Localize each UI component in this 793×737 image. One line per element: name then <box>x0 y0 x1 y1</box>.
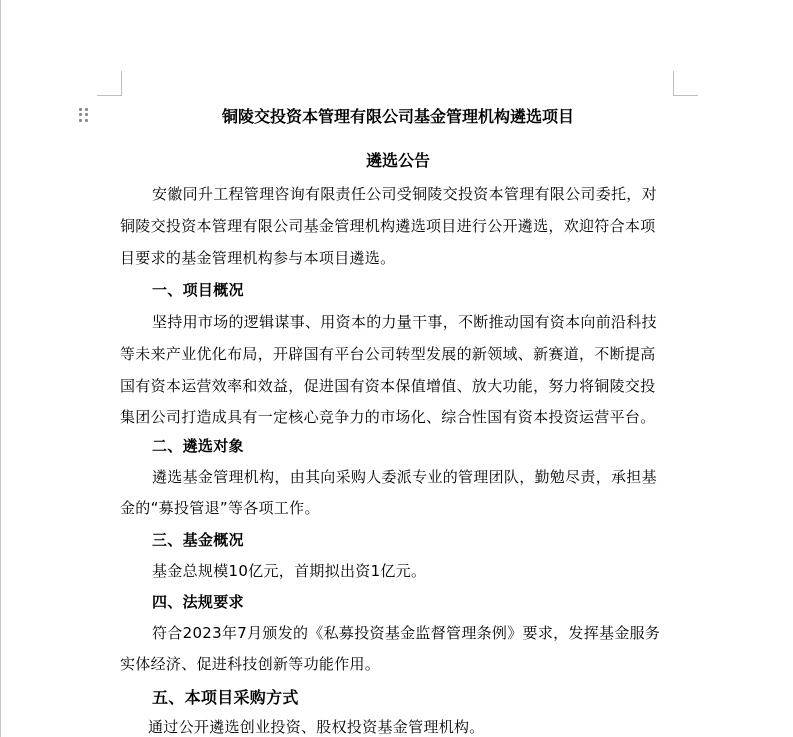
paragraph-line: 目要求的基金管理机构参与本项目遴选。 <box>120 247 395 268</box>
paragraph-line: 金的“募投管退”等各项工作。 <box>120 497 320 518</box>
paragraph-line: 符合2023年7月颁发的《私募投资基金监督管理条例》要求，发挥基金服务 <box>152 622 660 643</box>
section-heading: 二、遴选对象 <box>152 435 244 456</box>
paragraph-line: 安徽同升工程管理咨询有限责任公司受铜陵交投资本管理有限公司委托，对 <box>152 183 657 204</box>
paragraph-line: 坚持用市场的逻辑谋事、用资本的力量干事，不断推动国有资本向前沿科技 <box>152 311 657 332</box>
document-title: 铜陵交投资本管理有限公司基金管理机构遴选项目 <box>120 104 676 127</box>
drag-handle-icon[interactable] <box>79 108 89 122</box>
paragraph-line: 国有资本运营效率和效益，促进国有资本保值增值、放大功能，努力将铜陵交投 <box>120 375 656 396</box>
page-edge <box>0 0 1 737</box>
paragraph-line: 集团公司打造成具有一定核心竞争力的市场化、综合性国有资本投资运营平台。 <box>120 406 656 427</box>
document-subtitle: 遴选公告 <box>120 148 676 171</box>
margin-corner-top-right <box>673 71 698 96</box>
section-heading: 四、法规要求 <box>152 591 244 612</box>
paragraph-line: 遴选基金管理机构，由其向采购人委派专业的管理团队，勤勉尽责，承担基 <box>152 466 657 487</box>
paragraph-line: 实体经济、促进科技创新等功能作用。 <box>120 653 380 674</box>
paragraph-line: 铜陵交投资本管理有限公司基金管理机构遴选项目进行公开遴选，欢迎符合本项 <box>120 215 656 236</box>
margin-corner-top-left <box>97 71 122 96</box>
section-heading: 一、项目概况 <box>152 279 244 300</box>
section-heading: 三、基金概况 <box>152 529 244 550</box>
section-heading: 五、本项目采购方式 <box>152 685 299 708</box>
paragraph-line: 等未来产业优化布局，开辟国有平台公司转型发展的新领域、新赛道，不断提高 <box>120 343 656 364</box>
paragraph-line: 通过公开遴选创业投资、股权投资基金管理机构。 <box>148 716 485 737</box>
paragraph-line: 基金总规模10亿元，首期拟出资1亿元。 <box>152 560 426 581</box>
